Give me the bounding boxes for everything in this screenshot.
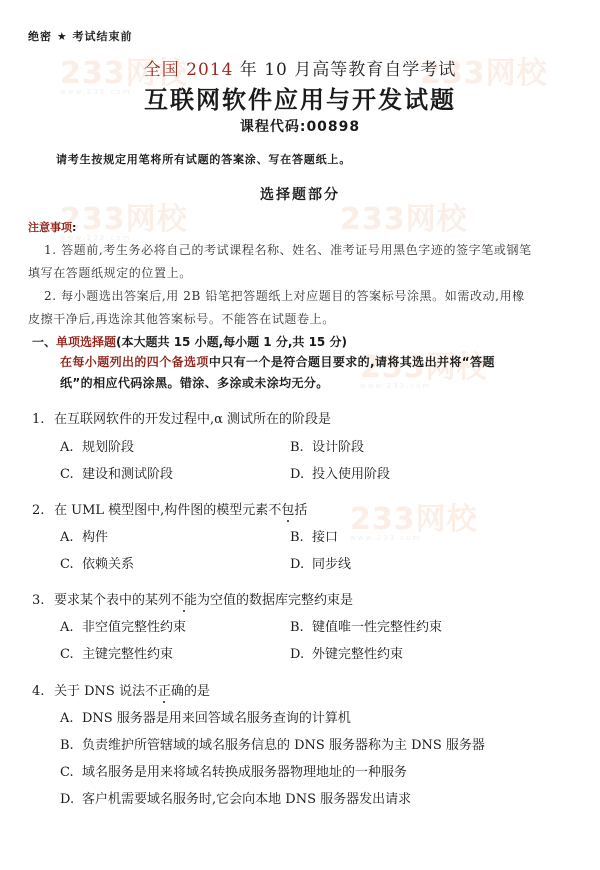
notice-item-2-line1: 2. 每小题选出答案后,用 2B 铅笔把答题纸上对应题目的答案标号涂黑。如需改动… xyxy=(44,287,592,304)
question-4-option-d[interactable]: D.客户机需要域名服务时,它会向本地 DNS 服务器发出请求 xyxy=(60,788,411,807)
question-3-stem: 3.要求某个表中的某列不能为空值的数据库完整约束是 xyxy=(32,589,353,608)
question-1-option-a[interactable]: A.规划阶段 xyxy=(60,436,134,455)
question-3-option-d[interactable]: D.外键完整性约束 xyxy=(290,643,403,662)
notice-item-2-line2: 皮擦干净后,再选涂其他答案标号。不能答在试题卷上。 xyxy=(28,310,576,327)
question-1-option-d[interactable]: D.投入使用阶段 xyxy=(290,463,390,482)
question-2-option-c[interactable]: C.依赖关系 xyxy=(60,553,134,572)
section-description-line1: 在每小题列出的四个备选项中只有一个是符合题目要求的,请将其选出并将“答题 xyxy=(60,353,495,370)
question-4-option-b[interactable]: B.负责维护所管辖域的域名服务信息的 DNS 服务器称为主 DNS 服务器 xyxy=(60,734,485,753)
question-3-option-c[interactable]: C.主键完整性约束 xyxy=(60,643,173,662)
part-title: 选择题部分 xyxy=(0,184,600,204)
question-4-option-a[interactable]: A.DNS 服务器是用来回答域名服务查询的计算机 xyxy=(60,707,351,726)
question-1-stem: 1.在互联网软件的开发过程中,α 测试所在的阶段是 xyxy=(32,408,331,427)
question-1-option-b[interactable]: B.设计阶段 xyxy=(290,436,364,455)
section-heading: 一、单项选择题(本大题共 15 小题,每小题 1 分,共 15 分) xyxy=(32,333,347,350)
question-1-option-c[interactable]: C.建设和测试阶段 xyxy=(60,463,173,482)
question-2-option-b[interactable]: B.接口 xyxy=(290,526,338,545)
exam-session-line: 全国 2014 年 10 月高等教育自学考试 xyxy=(0,55,600,80)
answer-instruction: 请考生按规定用笔将所有试题的答案涂、写在答题纸上。 xyxy=(56,151,351,167)
section-description-line2: 纸”的相应代码涂黑。错涂、多涂或未涂均无分。 xyxy=(60,374,329,391)
watermark-logo: 233网校www.233.com xyxy=(350,494,478,542)
notice-heading: 注意事项: xyxy=(28,219,76,235)
emphasis-dotted: 不包括 xyxy=(268,503,307,518)
question-4-stem: 4.关于 DNS 说法不正确的是 xyxy=(32,680,210,699)
course-code: 课程代码:00898 xyxy=(0,116,600,136)
question-4-option-c[interactable]: C.域名服务是用来将域名转换成服务器物理地址的一种服务 xyxy=(60,761,407,780)
question-2-option-d[interactable]: D.同步线 xyxy=(290,553,351,572)
question-2-option-a[interactable]: A.构件 xyxy=(60,526,108,545)
notice-item-1-line2: 填写在答题纸规定的位置上。 xyxy=(28,264,576,281)
question-3-option-b[interactable]: B.键值唯一性完整性约束 xyxy=(290,616,442,635)
confidential-label: 绝密 ★ 考试结束前 xyxy=(28,28,133,44)
question-2-stem: 2.在 UML 模型图中,构件图的模型元素不包括 xyxy=(32,499,307,518)
question-3-option-a[interactable]: A.非空值完整性约束 xyxy=(60,616,186,635)
emphasis-dotted: 不能 xyxy=(171,593,197,608)
emphasis-dotted: 不正确 xyxy=(145,684,184,699)
notice-item-1-line1: 1. 答题前,考生务必将自己的考试课程名称、姓名、准考证号用黑色字迹的签字笔或钢… xyxy=(44,241,592,258)
page-title: 互联网软件应用与开发试题 xyxy=(0,80,600,115)
